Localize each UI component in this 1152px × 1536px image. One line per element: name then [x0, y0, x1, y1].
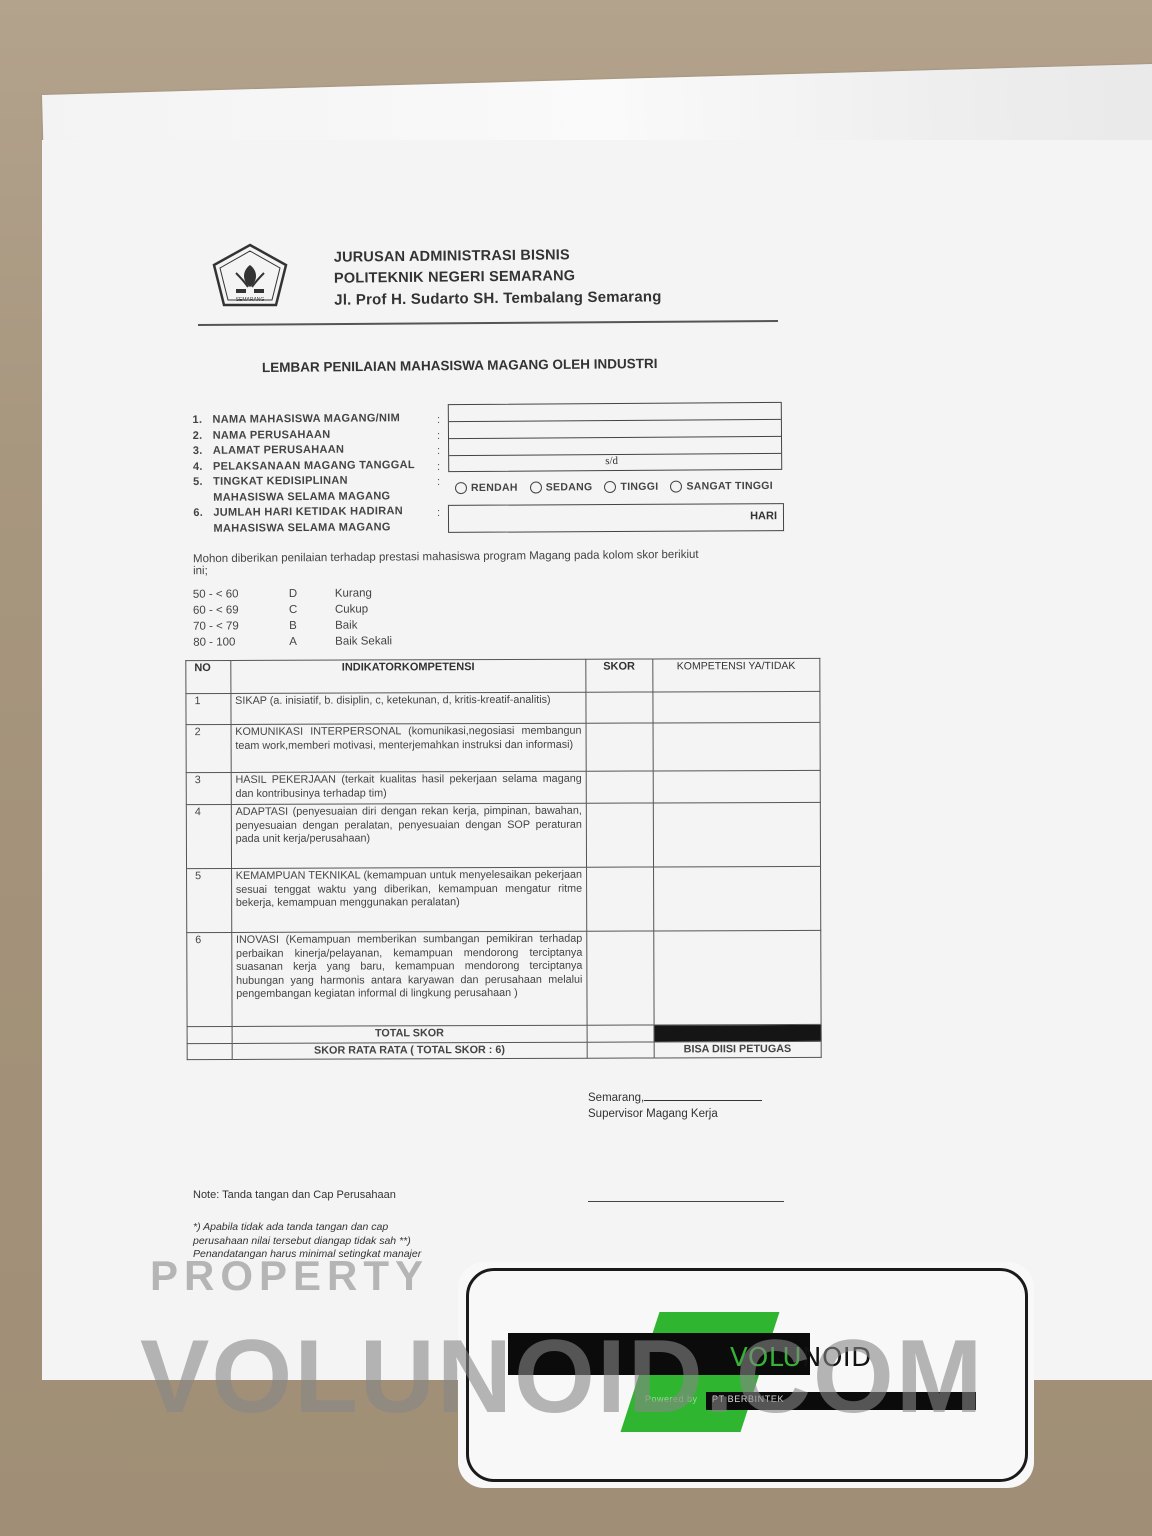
- watermark-property: PROPERTY: [150, 1252, 429, 1300]
- competence-cell[interactable]: [653, 802, 821, 867]
- grade-row: 80 - 100ABaik Sekali: [193, 633, 392, 650]
- table-row: 3 HASIL PEKERJAAN (terkait kualitas hasi…: [186, 770, 820, 804]
- polines-logo-icon: SEMARANG: [212, 243, 288, 309]
- competence-cell[interactable]: [653, 866, 821, 931]
- signature-block: Semarang, Supervisor Magang Kerja: [588, 1090, 762, 1122]
- average-score-cell[interactable]: [587, 1041, 654, 1058]
- student-name-nim-input[interactable]: [451, 404, 779, 421]
- col-score: SKOR: [586, 659, 653, 692]
- col-no: NO: [186, 660, 231, 693]
- internship-end-date-input[interactable]: [629, 455, 781, 470]
- score-cell[interactable]: [586, 803, 653, 867]
- field-label-6: 6.JUMLAH HARI KETIDAK HADIRAN: [193, 504, 415, 521]
- field-label-6b: MAHASISWA SELAMA MAGANG: [193, 520, 415, 537]
- signature-date-line[interactable]: [644, 1090, 762, 1101]
- company-address-input[interactable]: [451, 438, 779, 455]
- absence-days-input[interactable]: [453, 508, 737, 527]
- score-cell[interactable]: [587, 867, 654, 931]
- score-cell[interactable]: [586, 692, 653, 723]
- grade-row: 70 - < 79BBaik: [193, 617, 392, 634]
- score-cell[interactable]: [587, 931, 654, 1025]
- absence-days-box: HARI: [448, 503, 784, 533]
- score-cell[interactable]: [586, 723, 653, 771]
- signature-place: Semarang,: [588, 1092, 644, 1104]
- table-row: 5 KEMAMPUAN TEKNIKAL (kemampuan untuk me…: [187, 866, 821, 932]
- signature-role: Supervisor Magang Kerja: [588, 1106, 762, 1122]
- grade-row: 50 - < 60DKurang: [193, 585, 392, 602]
- date-range-separator: s/d: [605, 455, 618, 467]
- watermark-domain: VOLUNOID.COM: [140, 1318, 984, 1437]
- letterhead: JURUSAN ADMINISTRASI BISNIS POLITEKNIK N…: [334, 244, 662, 310]
- table-row: 4 ADAPTASI (penyesuaian diri dengan reka…: [186, 802, 820, 868]
- identity-input-box: s/d: [448, 402, 782, 472]
- institution-address: Jl. Prof H. Sudarto SH. Tembalang Semara…: [334, 286, 662, 310]
- field-colons: : : : : : :: [437, 413, 440, 522]
- table-row: 2 KOMUNIKASI INTERPERSONAL (komunikasi,n…: [186, 722, 820, 772]
- blacked-out-cell: [654, 1024, 822, 1041]
- radio-circle-icon[interactable]: [455, 482, 467, 494]
- letterhead-divider: [198, 320, 778, 326]
- col-indicator: INDIKATORKOMPETENSI: [231, 659, 586, 693]
- table-row: 1 SIKAP (a. inisiatif, b. disiplin, c, k…: [186, 691, 820, 724]
- competence-cell[interactable]: [653, 930, 821, 1025]
- days-unit-label: HARI: [750, 510, 777, 522]
- grade-scale: 50 - < 60DKurang 60 - < 69CCukup 70 - < …: [193, 585, 392, 650]
- form-title: LEMBAR PENILAIAN MAHASISWA MAGANG OLEH I…: [262, 356, 658, 375]
- radio-circle-icon[interactable]: [530, 482, 542, 494]
- average-score-row: SKOR RATA RATA ( TOTAL SKOR : 6) BISA DI…: [187, 1041, 821, 1060]
- competence-cell[interactable]: [652, 691, 820, 723]
- note-title: Note: Tanda tangan dan Cap Perusahaan: [193, 1189, 396, 1201]
- field-label-1: 1.NAMA MAHASISWA MAGANG/NIM: [192, 411, 414, 428]
- radio-sedang[interactable]: SEDANG: [530, 481, 593, 493]
- grade-row: 60 - < 69CCukup: [193, 601, 392, 618]
- instructions: Mohon diberikan penilaian terhadap prest…: [193, 549, 699, 577]
- discipline-radio-group: RENDAH SEDANG TINGGI SANGAT TINGGI: [455, 480, 773, 494]
- company-name-input[interactable]: [451, 421, 779, 438]
- table-header-row: NO INDIKATORKOMPETENSI SKOR KOMPETENSI Y…: [186, 658, 820, 693]
- radio-rendah[interactable]: RENDAH: [455, 482, 518, 494]
- svg-text:SEMARANG: SEMARANG: [236, 297, 265, 303]
- radio-circle-icon[interactable]: [604, 481, 616, 493]
- identity-fields: 1.NAMA MAHASISWA MAGANG/NIM 2.NAMA PERUS…: [192, 411, 415, 537]
- internship-start-date-input[interactable]: [451, 456, 605, 471]
- score-cell[interactable]: [586, 771, 653, 803]
- radio-circle-icon[interactable]: [670, 481, 682, 493]
- competency-table: NO INDIKATORKOMPETENSI SKOR KOMPETENSI Y…: [185, 658, 821, 1060]
- signature-line[interactable]: [588, 1201, 784, 1202]
- competence-cell[interactable]: [653, 722, 821, 771]
- competence-cell[interactable]: [653, 770, 821, 803]
- table-row: 6 INOVASI (Kemampuan memberikan sumbanga…: [187, 930, 821, 1026]
- radio-tinggi[interactable]: TINGGI: [604, 481, 658, 493]
- col-competence: KOMPETENSI YA/TIDAK: [652, 658, 820, 692]
- radio-sangat-tinggi[interactable]: SANGAT TINGGI: [670, 480, 773, 493]
- total-score-cell[interactable]: [587, 1025, 654, 1042]
- field-label-4: 4.PELAKSANAAN MAGANG TANGGAL: [193, 458, 415, 475]
